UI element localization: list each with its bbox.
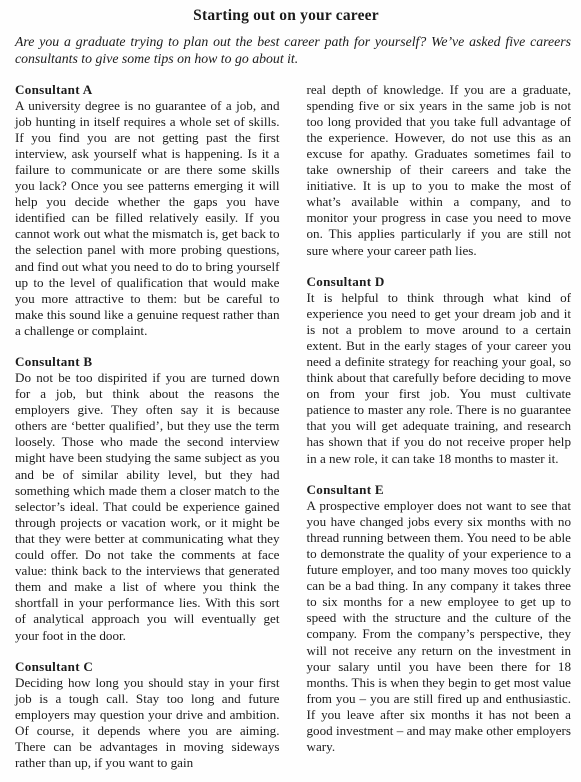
page-title: Starting out on your career xyxy=(15,7,557,25)
section-consultant-c: Consultant C Deciding how long you shoul… xyxy=(15,659,280,772)
document-page: Starting out on your career Are you a gr… xyxy=(0,0,581,782)
consultant-d-heading: Consultant D xyxy=(307,274,572,290)
section-consultant-b: Consultant B Do not be too dispirited if… xyxy=(15,354,280,644)
consultant-c-body-part1: Deciding how long you should stay in you… xyxy=(15,675,280,772)
left-column: Consultant A A university degree is no g… xyxy=(15,82,280,772)
consultant-e-heading: Consultant E xyxy=(307,482,572,498)
consultant-a-body: A university degree is no guarantee of a… xyxy=(15,98,280,339)
consultant-a-heading: Consultant A xyxy=(15,82,280,98)
consultant-d-body: It is helpful to think through what kind… xyxy=(307,290,572,467)
section-consultant-e: Consultant E A prospective employer does… xyxy=(307,482,572,756)
section-consultant-a: Consultant A A university degree is no g… xyxy=(15,82,280,339)
section-consultant-d: Consultant D It is helpful to think thro… xyxy=(307,274,572,467)
consultant-c-body-part2: real depth of knowledge. If you are a gr… xyxy=(307,82,572,259)
section-consultant-c-continued: real depth of knowledge. If you are a gr… xyxy=(307,82,572,259)
consultant-c-heading: Consultant C xyxy=(15,659,280,675)
consultant-b-body: Do not be too dispirited if you are turn… xyxy=(15,370,280,644)
consultant-b-heading: Consultant B xyxy=(15,354,280,370)
two-column-layout: Consultant A A university degree is no g… xyxy=(15,82,571,772)
consultant-e-body: A prospective employer does not want to … xyxy=(307,498,572,756)
right-column: real depth of knowledge. If you are a gr… xyxy=(307,82,572,772)
intro-paragraph: Are you a graduate trying to plan out th… xyxy=(15,34,571,68)
